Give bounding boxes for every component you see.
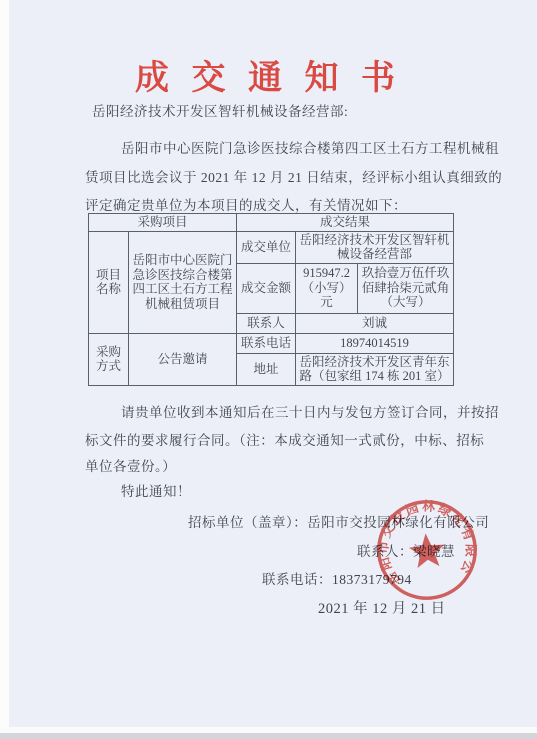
table-header-row: 采购项目 成交结果 [89, 214, 454, 232]
signature-org-line: 招标单位（盖章）：岳阳市交投园林绿化有限公司 [188, 511, 489, 531]
scan-edge-bottom [0, 727, 537, 739]
contact-label: 联系人 [237, 313, 296, 333]
phone-label: 联系电话 [237, 333, 296, 353]
intro-paragraph-line-3: 评定确定贵单位为本项目的成交人，有关情况如下： [85, 194, 407, 214]
intro-paragraph-line-1: 岳阳市中心医院门急诊医技综合楼第四工区土石方工程机械租 [121, 137, 499, 157]
amount-words-value: 玖拾壹万伍仟玖佰肆拾柒元贰角（大写） [358, 263, 454, 313]
table-row-phone: 采购方式 公告邀请 联系电话 18974014519 [89, 333, 454, 353]
signature-contact-line: 联系人：梁晓慧 [357, 540, 455, 560]
award-result-table: 采购项目 成交结果 项目名称 岳阳市中心医院门急诊医技综合楼第四工区土石方工程机… [88, 213, 454, 386]
recipient-line: 岳阳经济技术开发区智轩机械设备经营部: [92, 100, 348, 120]
project-name-value: 岳阳市中心医院门急诊医技综合楼第四工区土石方工程机械租赁项目 [129, 231, 237, 333]
amount-numeric-value: 915947.2（小写）元 [296, 263, 358, 313]
contact-value: 刘诚 [296, 313, 454, 333]
header-award-result: 成交结果 [237, 214, 454, 232]
signature-phone-line: 联系电话：18373179794 [262, 568, 412, 588]
scan-edge-left [0, 0, 9, 739]
header-procurement-project: 采购项目 [89, 214, 237, 232]
project-name-label: 项目名称 [89, 231, 129, 333]
winner-value: 岳阳经济技术开发区智轩机械设备经营部 [296, 231, 454, 263]
closing-paragraph-line-2: 标文件的要求履行合同。（注：本成交通知一式贰份，中标、招标 [85, 429, 484, 449]
notice-line: 特此通知！ [121, 480, 191, 500]
address-value: 岳阳经济技术开发区青年东路（包家组 174 栋 201 室） [296, 353, 454, 385]
method-label: 采购方式 [89, 333, 129, 385]
document-title: 成 交 通 知 书 [0, 50, 537, 99]
method-value: 公告邀请 [129, 333, 237, 385]
winner-label: 成交单位 [237, 231, 296, 263]
address-label: 地址 [237, 353, 296, 385]
phone-value: 18974014519 [296, 333, 454, 353]
intro-paragraph-line-2: 赁项目比选会议于 2021 年 12 月 21 日结束，经评标小组认真细致的 [85, 166, 502, 186]
scanned-award-notice-page: 成 交 通 知 书 岳阳经济技术开发区智轩机械设备经营部: 岳阳市中心医院门急诊… [0, 0, 537, 739]
signature-date-line: 2021 年 12 月 21 日 [318, 597, 446, 618]
closing-paragraph-line-1: 请贵单位收到本通知后在三十日内与发包方签订合同，并按招 [121, 401, 499, 421]
table-row-winner: 项目名称 岳阳市中心医院门急诊医技综合楼第四工区土石方工程机械租赁项目 成交单位… [89, 231, 454, 263]
closing-paragraph-line-3: 单位各壹份。） [85, 455, 176, 475]
amount-label: 成交金额 [237, 263, 296, 313]
